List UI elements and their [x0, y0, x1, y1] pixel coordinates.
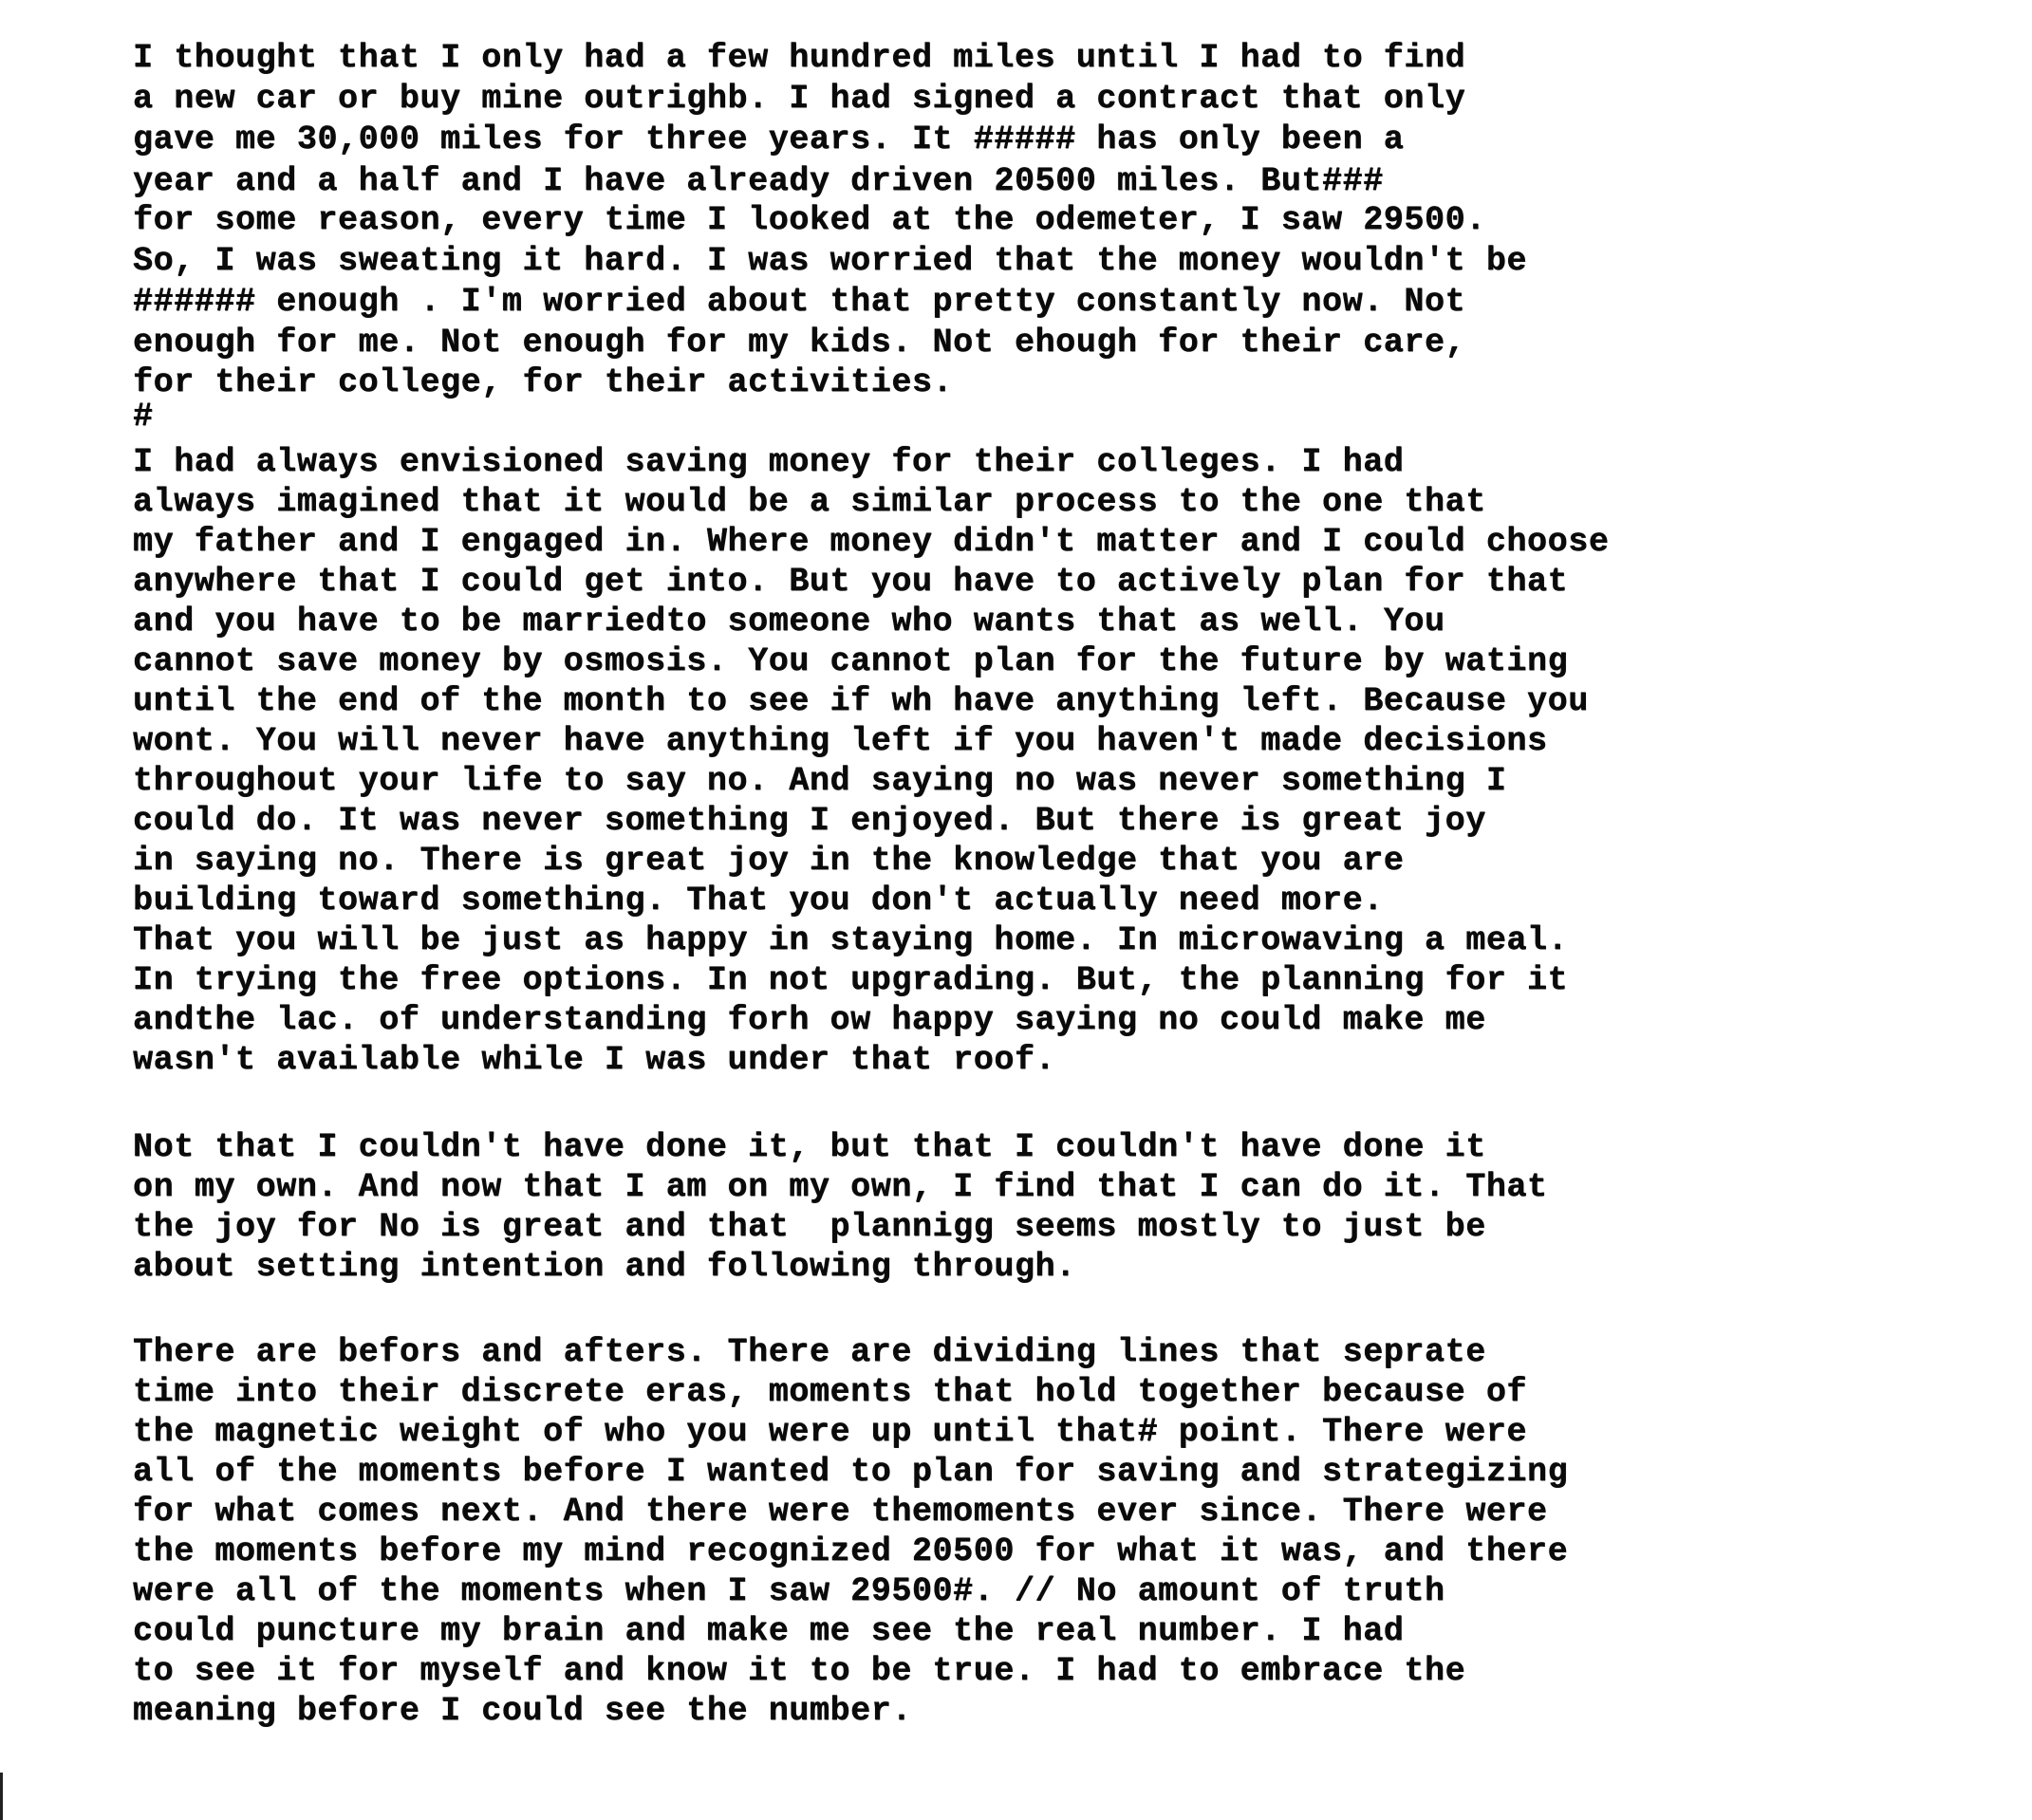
text-line: for what comes next. And there were them… — [133, 1492, 1993, 1532]
text-line: time into their discrete eras, moments t… — [133, 1372, 1993, 1412]
text-line: year and a half and I have already drive… — [133, 161, 1993, 201]
text-line: for some reason, every time I looked at … — [133, 200, 1993, 240]
text-line: the moments before my mind recognized 20… — [133, 1532, 1993, 1571]
scanned-page: I thought that I only had a few hundred … — [0, 0, 2032, 1820]
text-line: until the end of the month to see if wh … — [133, 681, 1993, 721]
typewritten-text: I thought that I only had a few hundred … — [133, 38, 1993, 1712]
text-line: on my own. And now that I am on my own, … — [133, 1167, 1993, 1207]
text-line: andthe lac. of understanding forh ow hap… — [133, 1000, 1993, 1040]
text-line: for their college, for their activities. — [133, 362, 1993, 402]
text-line: a new car or buy mine outrighb. I had si… — [133, 79, 1993, 119]
text-line: always imagined that it would be a simil… — [133, 482, 1993, 522]
text-line: I thought that I only had a few hundred … — [133, 38, 1993, 78]
text-line: could puncture my brain and make me see … — [133, 1611, 1993, 1651]
text-line: the joy for No is great and that plannig… — [133, 1207, 1993, 1247]
text-line: were all of the moments when I saw 29500… — [133, 1571, 1993, 1611]
paragraph-gap — [133, 1074, 1993, 1114]
text-line: my father and I engaged in. Where money … — [133, 522, 1993, 562]
text-line: anywhere that I could get into. But you … — [133, 562, 1993, 602]
text-line: So, I was sweating it hard. I was worrie… — [133, 241, 1993, 281]
text-line: That you will be just as happy in stayin… — [133, 920, 1993, 960]
text-line: enough for me. Not enough for my kids. N… — [133, 323, 1993, 362]
text-line: wont. You will never have anything left … — [133, 721, 1993, 761]
text-line: about setting intention and following th… — [133, 1247, 1993, 1287]
paragraph-4: There are befors and afters. There are d… — [133, 1313, 1993, 1712]
text-line: and you have to be marriedto someone who… — [133, 602, 1993, 641]
text-line: meaning before I could see the number. — [133, 1691, 1993, 1731]
text-line: gave me 30,000 miles for three years. It… — [133, 120, 1993, 159]
text-line: could do. It was never something I enjoy… — [133, 801, 1993, 841]
text-line: all of the moments before I wanted to pl… — [133, 1452, 1993, 1492]
paragraph-2: I had always envisioned saving money for… — [133, 436, 1993, 1074]
text-line: wasn't available while I was under that … — [133, 1040, 1993, 1080]
text-line: cannot save money by osmosis. You cannot… — [133, 641, 1993, 681]
text-line: ###### enough . I'm worried about that p… — [133, 282, 1993, 322]
scan-edge-mark — [0, 1773, 3, 1820]
text-line: the magnetic weight of who you were up u… — [133, 1412, 1993, 1452]
text-line: In trying the free options. In not upgra… — [133, 960, 1993, 1000]
text-line: There are befors and afters. There are d… — [133, 1332, 1993, 1372]
text-line: throughout your life to say no. And sayi… — [133, 761, 1993, 801]
text-line: to see it for myself and know it to be t… — [133, 1651, 1993, 1691]
text-line: Not that I couldn't have done it, but th… — [133, 1127, 1993, 1167]
paragraph-1: I thought that I only had a few hundred … — [133, 38, 1993, 436]
text-line: building toward something. That you don'… — [133, 881, 1993, 920]
paragraph-3: Not that I couldn't have done it, but th… — [133, 1114, 1993, 1273]
text-line: in saying no. There is great joy in the … — [133, 841, 1993, 881]
text-line: I had always envisioned saving money for… — [133, 442, 1993, 482]
strikeover-mark: # — [133, 397, 1993, 436]
